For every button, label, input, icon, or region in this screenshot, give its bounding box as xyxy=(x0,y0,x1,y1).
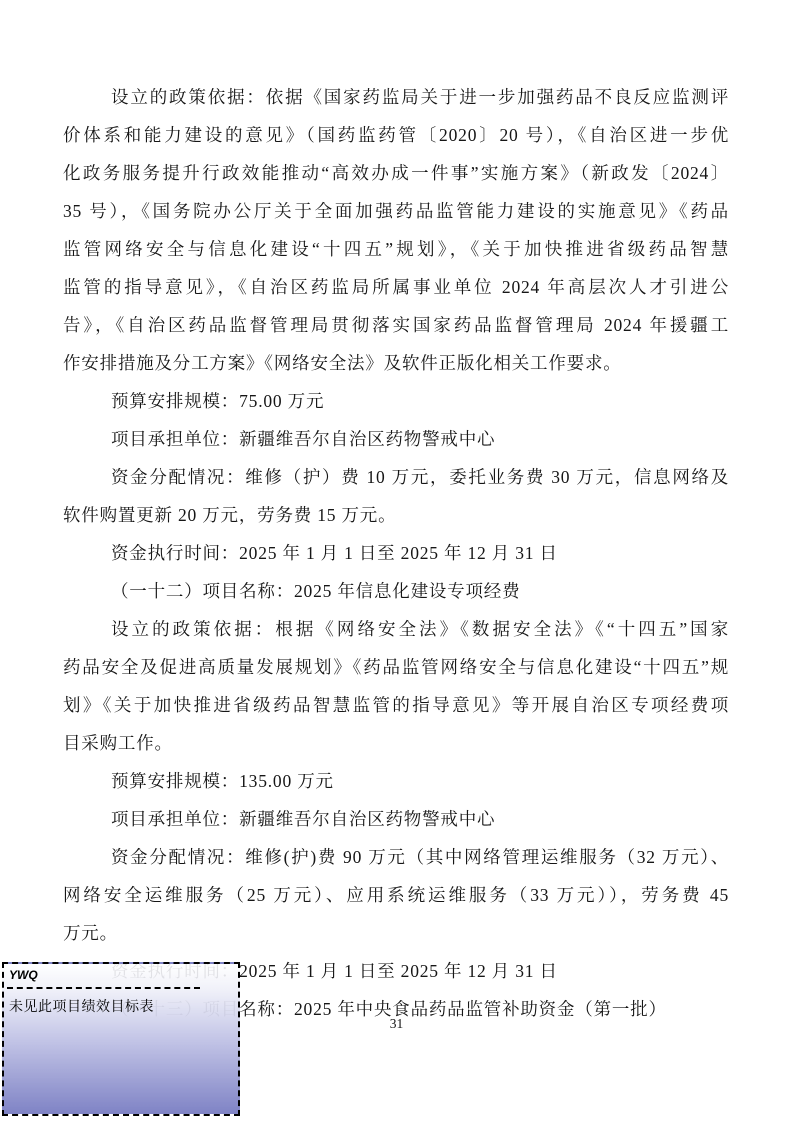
doc-line-segment: 2025 年 1 月 1 日至 2025 年 12 月 31 日 xyxy=(239,961,558,981)
doc-line: 万元。 xyxy=(63,914,729,952)
doc-line: 预算安排规模：75.00 万元 xyxy=(63,382,729,420)
doc-line: 价体系和能力建设的意见》（国药监药管〔2020〕20 号），《自治区进一步优 xyxy=(63,116,729,154)
doc-line: 项目承担单位：新疆维吾尔自治区药物警戒中心 xyxy=(63,800,729,838)
doc-line: 资金分配情况：维修(护)费 90 万元（其中网络管理运维服务（32 万元）、 xyxy=(63,838,729,876)
doc-line: 项目承担单位：新疆维吾尔自治区药物警戒中心 xyxy=(63,420,729,458)
doc-line: 监管的指导意见》，《自治区药监局所属事业单位 2024 年高层次人才引进公 xyxy=(63,268,729,306)
doc-line: 资金分配情况：维修（护）费 10 万元，委托业务费 30 万元，信息网络及 xyxy=(63,458,729,496)
doc-line: 药品安全及促进高质量发展规划》《药品监管网络安全与信息化建设“十四五”规 xyxy=(63,648,729,686)
doc-line: 网络安全运维服务（25 万元）、应用系统运维服务（33 万元）），劳务费 45 xyxy=(63,876,729,914)
doc-line: 监管网络安全与信息化建设“十四五”规划》，《关于加快推进省级药品智慧 xyxy=(63,230,729,268)
doc-line: 目采购工作。 xyxy=(63,724,729,762)
doc-line: 资金执行时间：2025 年 1 月 1 日至 2025 年 12 月 31 日 xyxy=(63,534,729,572)
comment-author-label: YWQ xyxy=(4,964,238,982)
doc-line: 35 号），《国务院办公厅关于全面加强药品监管能力建设的实施意见》《药品 xyxy=(63,192,729,230)
doc-line: 软件购置更新 20 万元，劳务费 15 万元。 xyxy=(63,496,729,534)
doc-line: 划》《关于加快推进省级药品智慧监管的指导意见》等开展自治区专项经费项 xyxy=(63,686,729,724)
doc-line: （一十二）项目名称：2025 年信息化建设专项经费 xyxy=(63,572,729,610)
comment-text: 未见此项目绩效目标表 xyxy=(4,989,238,1016)
document-page: 设立的政策依据：依据《国家药监局关于进一步加强药品不良反应监测评 价体系和能力建… xyxy=(0,0,793,1122)
doc-line: 作安排措施及分工方案》《网络安全法》及软件正版化相关工作要求。 xyxy=(63,344,729,382)
doc-line: 化政务服务提升行政效能推动“高效办成一件事”实施方案》（新政发〔2024〕 xyxy=(63,154,729,192)
doc-line: 设立的政策依据：依据《国家药监局关于进一步加强药品不良反应监测评 xyxy=(63,78,729,116)
doc-line: 预算安排规模：135.00 万元 xyxy=(63,762,729,800)
document-body: 设立的政策依据：依据《国家药监局关于进一步加强药品不良反应监测评 价体系和能力建… xyxy=(63,78,729,1028)
doc-line: 告》，《自治区药品监督管理局贯彻落实国家药品监督管理局 2024 年援疆工 xyxy=(63,306,729,344)
doc-line: 设立的政策依据：根据《网络安全法》《数据安全法》《“十四五”国家 xyxy=(63,610,729,648)
comment-annotation-box[interactable]: YWQ 未见此项目绩效目标表 xyxy=(2,962,240,1116)
